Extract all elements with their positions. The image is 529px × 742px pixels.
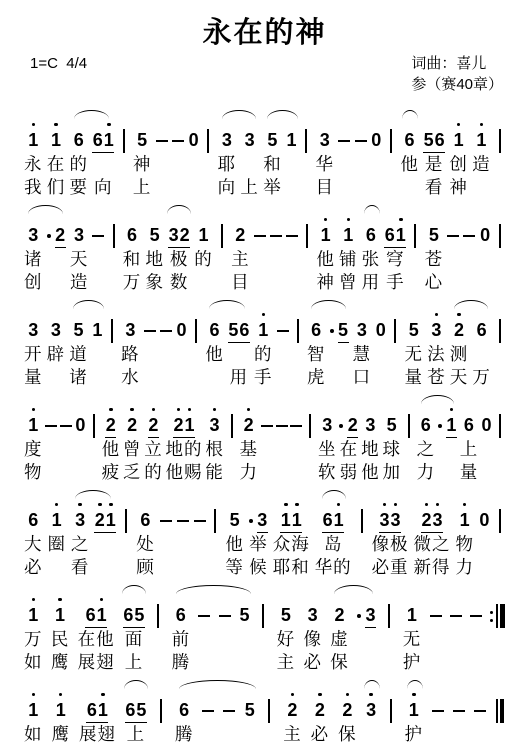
barline — [495, 215, 505, 294]
note-group: 32极数 — [168, 215, 190, 294]
note-row: 6大必1圈3之看216处顾5他等3举候11众海耶和61岛华的33像极必重23微之… — [24, 487, 505, 579]
octave-dot — [78, 503, 82, 507]
duration-dash — [92, 215, 104, 294]
lyric-verse1: 苍 — [425, 248, 444, 271]
note-digit: 3 — [75, 510, 86, 531]
note: 3像必 — [303, 595, 322, 674]
slur — [222, 110, 256, 119]
lyric-verse2: 他赐 — [166, 461, 203, 484]
note-digit: 2 — [421, 510, 432, 531]
lyric-verse2: 象 — [145, 271, 164, 294]
duration-dash — [430, 595, 442, 674]
duration-dash — [277, 310, 289, 389]
note: 2基力 — [239, 405, 258, 484]
lyric-verse2: 必 — [303, 651, 322, 674]
note: 5 — [239, 595, 250, 674]
note-digit: 3 — [28, 225, 39, 246]
barline — [390, 310, 400, 389]
octave-dot — [425, 503, 429, 507]
octave-dot — [480, 123, 484, 127]
note: 6大必 — [24, 500, 43, 579]
duration-dash — [223, 690, 235, 742]
note-digit: 5 — [267, 130, 278, 151]
lyric-verse2: 量 — [24, 366, 43, 389]
lyric-verse1: 华 — [315, 153, 334, 176]
note: 2测天 — [450, 310, 469, 389]
duration-dash — [338, 120, 350, 199]
slur — [209, 300, 246, 309]
lyric-verse1: 如 — [24, 723, 43, 742]
note: 5球加 — [382, 405, 401, 484]
barline — [258, 595, 268, 674]
lyric-verse1: 路 — [121, 343, 140, 366]
note-digit: 2 — [94, 510, 105, 531]
duration-dash — [198, 595, 210, 674]
note: 6腾 — [175, 690, 194, 742]
duration-dash — [474, 690, 486, 742]
lyric-verse2: 腾 — [172, 651, 191, 674]
note: 3 — [357, 595, 376, 674]
lyric-verse2: 的 — [144, 461, 163, 484]
lyric-verse1: 和 — [263, 153, 282, 176]
note-digit: 1 — [280, 510, 291, 531]
lyric-verse1: 在 — [340, 438, 359, 461]
lyric-verse2: 看 — [425, 176, 444, 199]
note-digit: 1 — [476, 130, 487, 151]
barline — [357, 500, 367, 579]
note-digit: 3 — [432, 510, 443, 531]
note-digit: 3 — [390, 510, 401, 531]
note-digit: 6 — [365, 225, 376, 246]
lyric-verse2: 手 — [254, 366, 273, 389]
note: 1的手 — [254, 310, 273, 389]
lyric-verse1: 圈 — [47, 533, 66, 556]
note-digit: 1 — [103, 130, 114, 151]
music-line: 1如1鹰61展翅65上6腾52主2必2保31护 — [24, 677, 505, 742]
slur — [179, 680, 256, 689]
note-digit: 6 — [404, 130, 415, 151]
slur — [421, 395, 454, 404]
music-line: 3诸创23天造6和万5地象32极数1的2主目1他神1铺曾6张用61穹手5苍心0 — [24, 202, 505, 294]
note: 1民鹰 — [51, 595, 70, 674]
note-digit: 1 — [28, 700, 39, 721]
lyric-verse2: 造 — [70, 271, 89, 294]
note: 1他神 — [316, 215, 335, 294]
lyric-verse1: 坐 — [318, 438, 337, 461]
note-digit: 6 — [434, 130, 445, 151]
slur — [322, 490, 346, 499]
note-digit: 2 — [347, 415, 358, 436]
duration-dash — [160, 310, 172, 389]
key-time-signature: 1=C 4/4 — [30, 55, 87, 72]
barline — [495, 310, 505, 389]
augmentation-dot — [330, 329, 334, 333]
octave-dot — [32, 123, 36, 127]
note-digit: 3 — [209, 415, 220, 436]
lyric-verse2: 必 — [24, 556, 43, 579]
lyric-verse1: 辟 — [47, 343, 66, 366]
fermata-arc — [364, 680, 380, 689]
note: 6智虎 — [307, 310, 326, 389]
note-digit: 2 — [454, 320, 465, 341]
rest-note: 0 — [375, 310, 386, 389]
lyric-verse2: 力 — [455, 556, 474, 579]
note-digit: 3 — [379, 510, 390, 531]
lyric-verse2: 量 — [460, 461, 479, 484]
duration-dash — [355, 120, 367, 199]
duration-dash — [219, 595, 231, 674]
note-group: 61在他展翅 — [78, 595, 115, 674]
note-digit: 6 — [127, 225, 138, 246]
octave-dot — [54, 123, 58, 127]
octave-dot — [32, 693, 36, 697]
lyric-verse1: 创 — [449, 153, 468, 176]
lyric-verse2: 上 — [125, 651, 144, 674]
note-digit: 1 — [333, 510, 344, 531]
note-digit: 6 — [463, 415, 474, 436]
octave-dot — [107, 123, 111, 127]
note-row: 1度物02他疲2曾乏2立的21地的他赐3根能2基力3坐软2在弱3地他5球加6之力… — [24, 392, 505, 484]
octave-dot — [284, 503, 288, 507]
duration-dash — [453, 690, 465, 742]
lyric-verse2: 新得 — [414, 556, 451, 579]
note-digit: 3 — [307, 605, 318, 626]
sheet-music-page: 永在的神 1=C 4/4 词曲：喜儿 参（赛40章） 1永我1在们6的要61向5… — [0, 0, 529, 742]
note: 5道诸 — [69, 310, 88, 389]
lyric-verse1: 他 — [316, 248, 335, 271]
note-digit: 3 — [244, 130, 255, 151]
note: 6和万 — [123, 215, 142, 294]
note: 2必 — [311, 690, 330, 742]
augmentation-dot — [339, 424, 343, 428]
note-digit: 0 — [481, 415, 492, 436]
barline — [293, 310, 303, 389]
lyric-verse2: 量 — [405, 366, 424, 389]
barline — [156, 690, 166, 742]
note-digit: 3 — [319, 130, 330, 151]
lyric-verse2: 看 — [71, 556, 90, 579]
lyric-verse1: 的 — [254, 343, 273, 366]
lyric-verse2: 万 — [123, 271, 142, 294]
lyric-verse2: 向 — [218, 176, 237, 199]
note-group: 21地的他赐 — [166, 405, 203, 484]
repeat-end-barline — [490, 595, 505, 674]
barline — [495, 405, 505, 484]
lyric-verse1: 面 — [125, 628, 144, 651]
lyric-verse1: 地 — [145, 248, 164, 271]
note: 3天造 — [70, 215, 89, 294]
lyric-verse2: 用 — [230, 366, 249, 389]
note: 1鹰 — [51, 690, 70, 742]
note-group: 23微之新得 — [414, 500, 451, 579]
note-digit: 1 — [55, 605, 66, 626]
lyric-verse1: 的 — [194, 248, 213, 271]
note: 1的 — [194, 215, 213, 294]
lyric-verse2: 主 — [277, 651, 296, 674]
lyric-verse1: 大 — [24, 533, 43, 556]
slur — [122, 585, 146, 594]
slur — [311, 300, 346, 309]
octave-dot — [130, 408, 134, 412]
slur — [454, 300, 488, 309]
duration-dash — [276, 405, 288, 484]
lyric-verse1: 开 — [24, 343, 43, 366]
note-digit: 1 — [184, 415, 195, 436]
note-group: 61向 — [92, 120, 114, 199]
octave-dot — [109, 503, 113, 507]
duration-dash — [447, 215, 459, 294]
note: 3华目 — [315, 120, 334, 199]
header-meta: 1=C 4/4 词曲：喜儿 参（赛40章） — [30, 53, 503, 95]
note-digit: 6 — [28, 510, 39, 531]
slur — [167, 205, 191, 214]
note: 6上量 — [460, 405, 479, 484]
note-digit: 5 — [134, 605, 145, 626]
lyric-verse2: 软 — [318, 461, 337, 484]
lyric-verse2: 口 — [353, 366, 372, 389]
note: 3慧口 — [353, 310, 372, 389]
rest-note: 0 — [480, 215, 491, 294]
note-digit: 6 — [125, 700, 136, 721]
music-line: 1度物02他疲2曾乏2立的21地的他赐3根能2基力3坐软2在弱3地他5球加6之力… — [24, 392, 505, 484]
note-group: 61展翅 — [79, 690, 116, 742]
lyric-verse2: 乏 — [123, 461, 142, 484]
note-digit: 3 — [221, 130, 232, 151]
lyric-verse1: 张 — [362, 248, 381, 271]
slur — [74, 110, 110, 119]
note-digit: 3 — [366, 700, 377, 721]
lyric-verse2: 我 — [24, 176, 43, 199]
barline — [386, 690, 396, 742]
note: 3举候 — [249, 500, 268, 579]
note-digit: 5 — [137, 130, 148, 151]
song-title: 永在的神 — [0, 0, 529, 51]
duration-dash — [290, 405, 302, 484]
note: 3路水 — [121, 310, 140, 389]
octave-dot — [213, 408, 217, 412]
lyric-verse1: 造 — [472, 153, 491, 176]
lyric-verse1: 法 — [427, 343, 446, 366]
note-digit: 5 — [386, 415, 397, 436]
barline — [109, 215, 119, 294]
note-digit: 5 — [338, 320, 349, 341]
lyric-verse2: 心 — [425, 271, 444, 294]
note-digit: 1 — [97, 700, 108, 721]
note-digit: 6 — [73, 130, 84, 151]
slur — [402, 110, 418, 119]
barline — [495, 120, 505, 199]
augmentation-dot — [47, 234, 51, 238]
note-digit: 5 — [428, 225, 439, 246]
credits: 词曲：喜儿 参（赛40章） — [411, 53, 503, 95]
note-digit: 5 — [73, 320, 84, 341]
lyric-verse2: 要 — [70, 176, 89, 199]
lyric-verse1: 微之 — [414, 533, 451, 556]
barline — [121, 500, 131, 579]
lyric-verse1: 在他 — [78, 628, 115, 651]
slur — [176, 585, 251, 594]
note-digit: 3 — [365, 605, 376, 626]
duration-dash — [144, 310, 156, 389]
lyric-verse2: 力 — [239, 461, 258, 484]
note-digit: 2 — [127, 415, 138, 436]
note-group: 56用 — [228, 310, 250, 389]
barline — [107, 310, 117, 389]
duration-dash — [463, 215, 475, 294]
lyric-verse2: 曾 — [339, 271, 358, 294]
lyric-verse2: 加 — [382, 461, 401, 484]
lyric-verse2: 他 — [361, 461, 380, 484]
note-digit: 6 — [311, 320, 322, 341]
note: 5和举 — [263, 120, 282, 199]
note-digit: 5 — [229, 510, 240, 531]
note-digit: 5 — [280, 605, 291, 626]
octave-dot — [295, 503, 299, 507]
lyric-verse2: 虎 — [307, 366, 326, 389]
duration-dash — [45, 405, 57, 484]
lyric-verse2: 苍 — [427, 366, 446, 389]
lyric-verse2: 疲 — [102, 461, 121, 484]
barline — [495, 500, 505, 579]
note-digit: 0 — [75, 415, 86, 436]
note-digit: 0 — [375, 320, 386, 341]
note-digit: 2 — [287, 700, 298, 721]
lyric-verse1: 极 — [170, 248, 189, 271]
duration-dash — [261, 405, 273, 484]
note-digit: 6 — [175, 605, 186, 626]
note-group: 65上 — [125, 690, 147, 742]
note-digit: 0 — [176, 320, 187, 341]
duration-dash — [432, 690, 444, 742]
lyric-verse2: 展翅 — [78, 651, 115, 674]
lyric-verse1: 地的 — [166, 438, 203, 461]
octave-dot — [291, 693, 295, 697]
lyric-verse1: 像极 — [372, 533, 409, 556]
lyric-verse1: 曾 — [123, 438, 142, 461]
octave-dot — [318, 693, 322, 697]
note-digit: 6 — [322, 510, 333, 531]
note-digit: 1 — [408, 700, 419, 721]
note: 2 — [47, 215, 66, 294]
note-row: 1万如1民鹰61在他展翅65面上6前腾55好主3像必2虚保31无护 — [24, 582, 505, 674]
barline — [302, 215, 312, 294]
lyric-verse2: 顾 — [136, 556, 155, 579]
note-digit: 2 — [235, 225, 246, 246]
note-digit: 2 — [314, 700, 325, 721]
lyric-verse2: 目 — [315, 176, 334, 199]
note-digit: 1 — [258, 320, 269, 341]
note: 1护 — [405, 690, 424, 742]
lyric-verse2: 诸 — [69, 366, 88, 389]
note-digit: 2 — [342, 700, 353, 721]
lyric-verse1: 保 — [338, 723, 357, 742]
octave-dot — [346, 693, 350, 697]
lyric-verse1: 他 — [205, 343, 224, 366]
note: 3上 — [240, 120, 259, 199]
note: 5无量 — [405, 310, 424, 389]
lyric-verse1: 之 — [417, 438, 436, 461]
barline — [410, 215, 420, 294]
note: 2曾乏 — [123, 405, 142, 484]
note-digit: 1 — [406, 605, 417, 626]
lyric-verse2: 上 — [133, 176, 152, 199]
note-digit: 6 — [86, 700, 97, 721]
lyric-verse1: 神 — [133, 153, 152, 176]
note-digit: 1 — [198, 225, 209, 246]
note-digit: 6 — [85, 605, 96, 626]
note-digit: 3 — [257, 510, 268, 531]
note-group: 61岛华的 — [315, 500, 352, 579]
octave-dot — [55, 503, 59, 507]
lyric-verse1: 智 — [307, 343, 326, 366]
octave-dot — [383, 503, 387, 507]
note-digit: 3 — [365, 415, 376, 436]
lyric-verse1: 上 — [460, 438, 479, 461]
note-digit: 2 — [105, 415, 116, 436]
barline — [119, 120, 129, 199]
note-digit: 1 — [459, 510, 470, 531]
lyric-verse1: 永 — [24, 153, 43, 176]
slur — [73, 300, 104, 309]
note-digit: 6 — [476, 320, 487, 341]
lyric-verse2: 神 — [316, 271, 335, 294]
note: 3开量 — [24, 310, 43, 389]
lyric-verse1: 岛 — [324, 533, 343, 556]
lyric-verse1: 铺 — [339, 248, 358, 271]
slur — [28, 205, 63, 214]
octave-dot — [262, 313, 266, 317]
duration-dash — [286, 215, 298, 294]
note: 6他 — [400, 120, 419, 199]
note: 2主 — [283, 690, 302, 742]
duration-dash — [177, 500, 189, 579]
augmentation-dot — [249, 519, 253, 523]
note: 6他 — [205, 310, 224, 389]
note-digit: 5 — [408, 320, 419, 341]
lyric-verse2: 保 — [330, 651, 349, 674]
slur — [334, 585, 373, 594]
note: 6处顾 — [136, 500, 155, 579]
note-digit: 1 — [92, 320, 103, 341]
note-group: 21 — [94, 500, 116, 579]
music-line: 3开量3辟5道诸13路水06他56用1的手6智虎53慧口05无量3法苍2测天6万 — [24, 297, 505, 389]
composer-credit: 词曲：喜儿 — [411, 53, 503, 74]
lyric-verse2: 华的 — [315, 556, 352, 579]
note-group: 33像极必重 — [372, 500, 409, 579]
note-digit: 2 — [334, 605, 345, 626]
lyric-verse1: 主 — [231, 248, 250, 271]
octave-dot — [58, 598, 62, 602]
note: 6前腾 — [172, 595, 191, 674]
lyric-verse1: 他 — [400, 153, 419, 176]
lyric-verse2: 水 — [121, 366, 140, 389]
music-line: 1永我1在们6的要61向5神上03耶向3上5和举13华目06他56是看1创神1造 — [24, 107, 505, 199]
note-digit: 5 — [423, 130, 434, 151]
lyric-verse1: 无 — [403, 628, 422, 651]
note: 1万如 — [24, 595, 43, 674]
note-digit: 6 — [420, 415, 431, 436]
lyric-verse2: 护 — [403, 651, 422, 674]
barline — [153, 595, 163, 674]
lyric-verse2: 用 — [362, 271, 381, 294]
octave-dot — [98, 503, 102, 507]
note-digit: 1 — [286, 130, 297, 151]
note: 3耶向 — [218, 120, 237, 199]
note-digit: 3 — [168, 225, 179, 246]
octave-dot — [436, 503, 440, 507]
lyric-verse1: 必 — [311, 723, 330, 742]
note-digit: 5 — [244, 700, 255, 721]
